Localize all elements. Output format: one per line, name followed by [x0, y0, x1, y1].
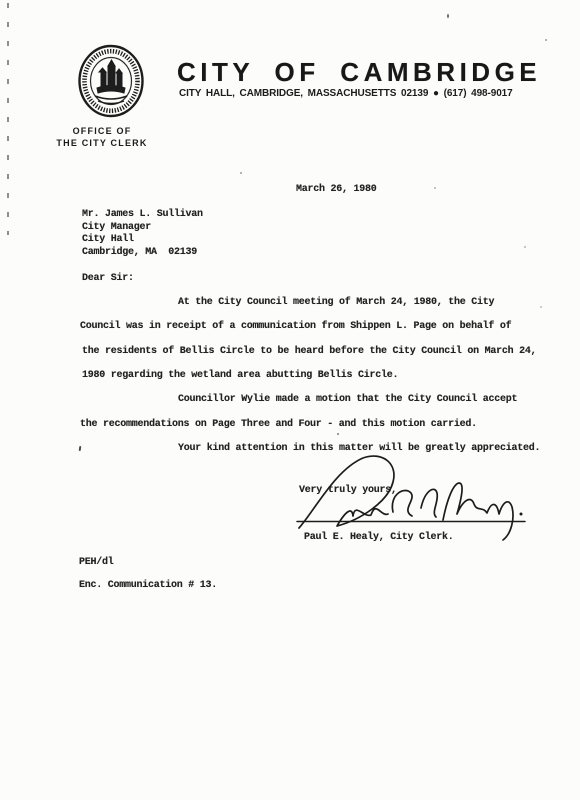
- scan-margin-dashes: [7, 3, 9, 235]
- letterhead-office-line1: OFFICE OF: [56, 126, 148, 136]
- body-line: the residents of Bellis Circle to be hea…: [82, 346, 536, 357]
- signer-typed-name: Paul E. Healy, City Clerk.: [304, 532, 454, 543]
- letterhead-city-name: CITY OF CAMBRIDGE: [177, 57, 541, 88]
- recipient-building: City Hall: [82, 234, 134, 245]
- scan-speck: [545, 39, 547, 41]
- city-seal: [77, 42, 145, 120]
- letter-page: CITY OF CAMBRIDGE CITY HALL, CAMBRIDGE, …: [0, 0, 580, 800]
- scan-speck: [524, 246, 526, 248]
- seal-emblem: [95, 60, 127, 104]
- scan-speck: [540, 306, 542, 308]
- letter-date: March 26, 1980: [296, 184, 377, 195]
- letterhead-address: CITY HALL, CAMBRIDGE, MASSACHUSETTS 0213…: [179, 88, 513, 99]
- scan-speck: [240, 172, 242, 174]
- salutation: Dear Sir:: [82, 273, 134, 284]
- body-line: the recommendations on Page Three and Fo…: [80, 419, 477, 430]
- scan-speck: [434, 187, 436, 189]
- body-line: 1980 regarding the wetland area abutting…: [82, 370, 398, 381]
- letterhead-office-line2: THE CITY CLERK: [56, 138, 148, 148]
- body-line: At the City Council meeting of March 24,…: [178, 297, 494, 308]
- recipient-name: Mr. James L. Sullivan: [82, 209, 203, 220]
- body-line: Councillor Wylie made a motion that the …: [178, 394, 517, 405]
- recipient-city: Cambridge, MA 02139: [82, 247, 197, 258]
- typist-initials: PEH/dl: [79, 557, 114, 568]
- enclosure-note: Enc. Communication # 13.: [79, 580, 217, 591]
- scan-tick: [79, 446, 82, 451]
- scan-speck: [337, 433, 339, 435]
- scan-speck: [447, 14, 449, 18]
- recipient-title: City Manager: [82, 222, 151, 233]
- body-line: Council was in receipt of a communicatio…: [80, 321, 511, 332]
